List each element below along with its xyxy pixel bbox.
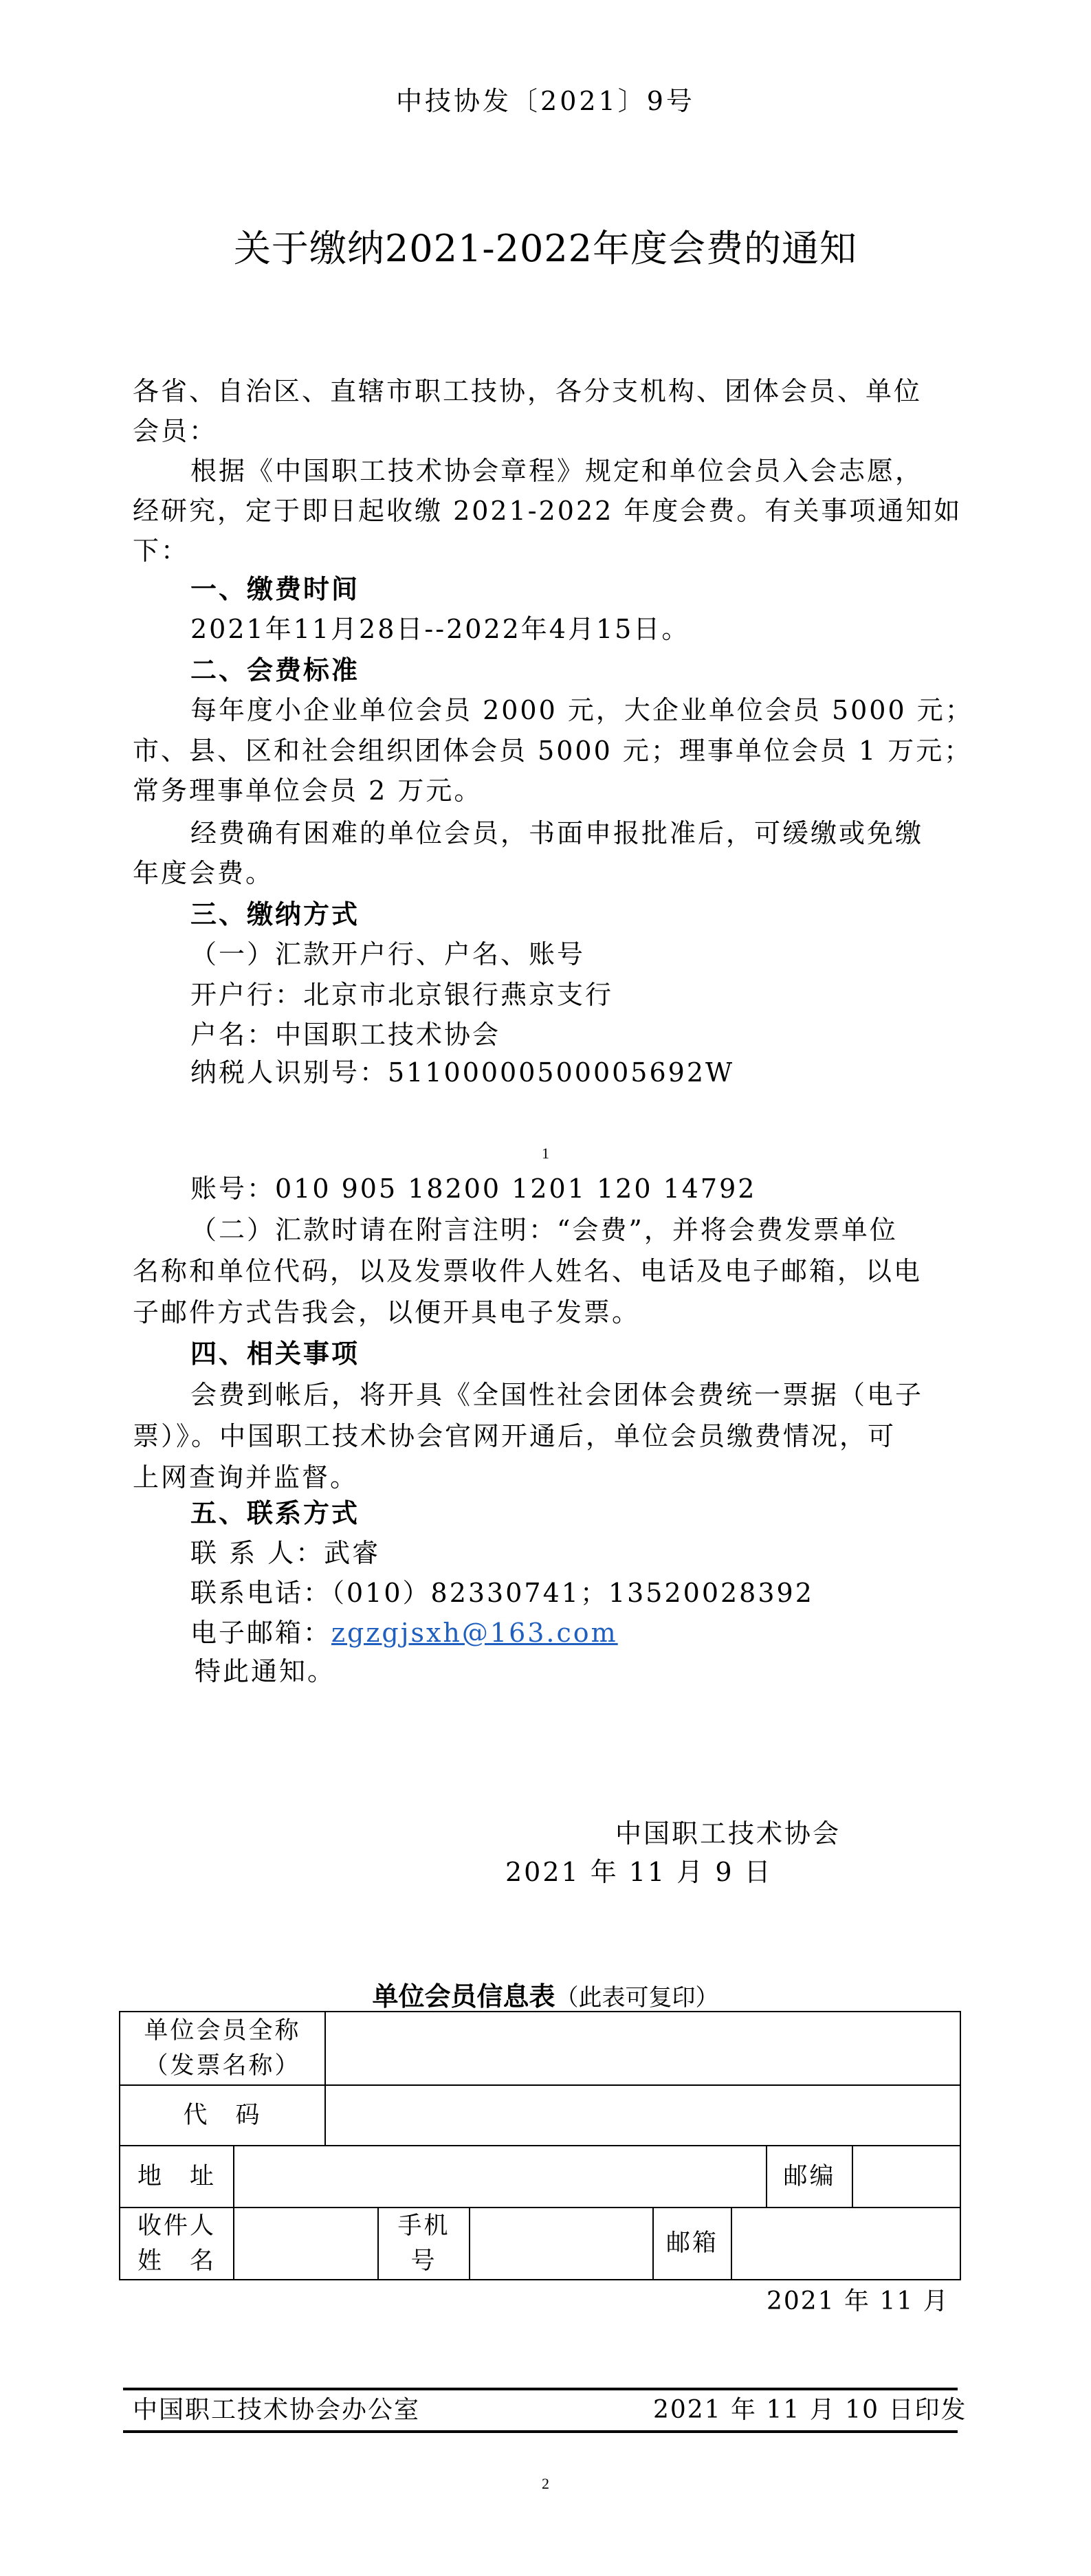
label-email: 邮箱 xyxy=(652,2207,732,2280)
taxpayer-id: 纳税人识别号：51100000500005692W xyxy=(190,1059,734,1086)
contact-person: 联 系 人：武睿 xyxy=(190,1540,380,1566)
signature-organization: 中国职工技术协会 xyxy=(615,1820,841,1847)
intro-line-2: 经研究，定于即日起收缴 2021-2022 年度会费。有关事项通知如 xyxy=(133,498,962,524)
bank-name: 开户行：北京市北京银行燕京支行 xyxy=(190,982,613,1008)
footer-issue-date: 2021 年 11 月 10 日印发 xyxy=(653,2398,967,2423)
fee-hardship-line-2: 年度会费。 xyxy=(133,860,274,886)
label-recipient-line-1: 收件人 xyxy=(137,2209,216,2244)
input-email[interactable] xyxy=(731,2207,961,2280)
page-number-2: 2 xyxy=(0,2475,1091,2493)
fee-standard-line-1: 每年度小企业单位会员 2000 元，大企业单位会员 5000 元； xyxy=(190,697,973,723)
remittance-info-heading: （一）汇款开户行、户名、账号 xyxy=(190,941,585,967)
input-mobile[interactable] xyxy=(469,2207,654,2280)
label-postcode: 邮编 xyxy=(766,2145,853,2208)
input-postcode[interactable] xyxy=(852,2145,961,2208)
input-address[interactable] xyxy=(233,2145,767,2208)
input-recipient[interactable] xyxy=(233,2207,379,2280)
document-number: 中技协发〔2021〕9号 xyxy=(0,88,1091,114)
salutation-line-2: 会员： xyxy=(133,418,217,444)
section-heading-payment-time: 一、缴费时间 xyxy=(190,576,360,602)
signature-date: 2021 年 11 月 9 日 xyxy=(505,1859,773,1885)
related-matters-line-2: 票）》。中国职工技术协会官网开通后，单位会员缴费情况，可 xyxy=(133,1423,896,1449)
section-heading-payment-method: 三、缴纳方式 xyxy=(190,901,360,927)
contact-email-link[interactable]: zgzgjsxh@163.com xyxy=(331,1618,618,1648)
fee-standard-line-2: 市、县、区和社会组织团体会员 5000 元；理事单位会员 1 万元； xyxy=(133,738,972,764)
contact-phone: 联系电话：（010）82330741；13520028392 xyxy=(190,1580,814,1606)
label-recipient-line-2: 姓 名 xyxy=(137,2244,216,2279)
fee-standard-line-3: 常务理事单位会员 2 万元。 xyxy=(133,778,482,804)
footer-issuer: 中国职工技术协会办公室 xyxy=(133,2398,420,2423)
contact-email-label: 电子邮箱： xyxy=(190,1618,331,1648)
page-number-1: 1 xyxy=(0,1145,1091,1163)
label-code: 代 码 xyxy=(119,2084,326,2146)
form-title-note: （此表可复印） xyxy=(555,1984,719,2012)
remittance-note-line-1: （二）汇款时请在附言注明：“会费”，并将会费发票单位 xyxy=(190,1217,898,1243)
related-matters-line-1: 会费到帐后，将开具《全国性社会团体会费统一票据（电子 xyxy=(190,1382,923,1408)
input-full-name[interactable] xyxy=(324,2011,961,2086)
intro-line-3: 下： xyxy=(133,538,189,564)
form-date: 2021 年 11 月 xyxy=(767,2289,949,2314)
intro-line-1: 根据《中国职工技术协会章程》规定和单位会员入会志愿， xyxy=(190,458,923,484)
salutation-line-1: 各省、自治区、直辖市职工技协，各分支机构、团体会员、单位 xyxy=(133,378,922,404)
account-name: 户名：中国职工技术协会 xyxy=(190,1022,500,1048)
section-heading-related-matters: 四、相关事项 xyxy=(190,1341,360,1367)
document-title: 关于缴纳2021-2022年度会费的通知 xyxy=(0,230,1091,267)
closing-remark: 特此通知。 xyxy=(195,1658,335,1684)
label-full-name-line-1: 单位会员全称 xyxy=(144,2014,300,2049)
label-mobile-line-1: 手机 xyxy=(397,2209,450,2244)
label-full-name-line-2: （发票名称） xyxy=(144,2049,300,2084)
contact-email-row: 电子邮箱：zgzgjsxh@163.com xyxy=(190,1620,618,1646)
footer-top-rule xyxy=(123,2388,958,2390)
label-mobile-line-2: 号 xyxy=(397,2244,450,2279)
label-address: 地 址 xyxy=(119,2145,234,2208)
label-mobile: 手机号 xyxy=(377,2207,470,2280)
payment-period: 2021年11月28日--2022年4月15日。 xyxy=(190,616,690,642)
section-heading-fee-standard: 二、会费标准 xyxy=(190,657,360,683)
remittance-note-line-2: 名称和单位代码，以及发票收件人姓名、电话及电子邮箱，以电 xyxy=(133,1258,922,1284)
label-recipient: 收件人姓 名 xyxy=(119,2207,234,2280)
section-heading-contact: 五、联系方式 xyxy=(190,1500,360,1526)
label-full-name: 单位会员全称（发票名称） xyxy=(119,2011,326,2086)
footer-bottom-rule xyxy=(123,2430,958,2433)
related-matters-line-3: 上网查询并监督。 xyxy=(133,1464,358,1490)
account-number: 账号：010 905 18200 1201 120 14792 xyxy=(190,1176,756,1202)
input-code[interactable] xyxy=(324,2084,961,2146)
remittance-note-line-3: 子邮件方式告我会，以便开具电子发票。 xyxy=(133,1299,640,1325)
form-title: 单位会员信息表（此表可复印） xyxy=(0,1983,1091,2010)
form-title-main: 单位会员信息表 xyxy=(372,1981,555,2012)
fee-hardship-line-1: 经费确有困难的单位会员，书面申报批准后，可缓缴或免缴 xyxy=(190,820,923,846)
